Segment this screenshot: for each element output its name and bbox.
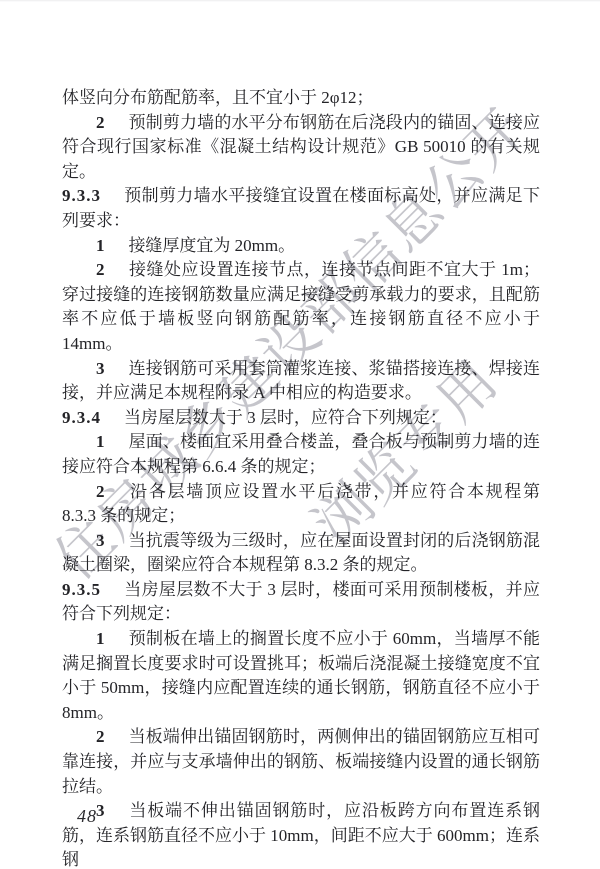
paragraph-text: 当房屋层数大于 3 层时，应符合下列规定：: [124, 408, 447, 427]
item-number: 2: [96, 727, 106, 746]
paragraph-text: 预制剪力墙的水平分布钢筋在后浇段内的锚固、连接应符合现行国家标准《混凝土结构设计…: [62, 113, 540, 181]
paragraph-text: 预制剪力墙水平接缝宜设置在楼面标高处，并应满足下列要求：: [62, 186, 540, 230]
paragraph-text: 当板端不伸出锚固钢筋时，应沿板跨方向布置连系钢筋，连系钢筋直径不应小于 10mm…: [62, 801, 540, 869]
clause-paragraph: 9.3.3预制剪力墙水平接缝宜设置在楼面标高处，并应满足下列要求：: [62, 184, 540, 233]
item-paragraph: 2当板端伸出锚固钢筋时，两侧伸出的锚固钢筋应互相可靠连接，并应与支承墙伸出的钢筋…: [62, 725, 540, 799]
item-paragraph: 3当抗震等级为三级时，应在屋面设置封闭的后浇钢筋混凝土圈梁，圈梁应符合本规程第 …: [62, 529, 540, 578]
paragraph-text: 接缝厚度宜为 20mm。: [128, 236, 295, 255]
paragraph-text: 当抗震等级为三级时，应在屋面设置封闭的后浇钢筋混凝土圈梁，圈梁应符合本规程第 8…: [62, 531, 540, 575]
item-number: 1: [96, 629, 106, 648]
item-paragraph: 1接缝厚度宜为 20mm。: [62, 234, 540, 259]
paragraph-text: 屋面、楼面宜采用叠合楼盖，叠合板与预制剪力墙的连接应符合本规程第 6.6.4 条…: [62, 432, 540, 476]
item-paragraph: 1屋面、楼面宜采用叠合楼盖，叠合板与预制剪力墙的连接应符合本规程第 6.6.4 …: [62, 430, 540, 479]
item-paragraph: 3连接钢筋可采用套筒灌浆连接、浆锚搭接连接、焊接连接，并应满足本规程附录 A 中…: [62, 357, 540, 406]
item-paragraph: 1预制板在墙上的搁置长度不应小于 60mm，当墙厚不能满足搁置长度要求时可设置挑…: [62, 627, 540, 725]
item-number: 1: [96, 432, 106, 451]
continuation-paragraph: 体竖向分布筋配筋率，且不宜小于 2φ12；: [62, 86, 540, 111]
clause-number: 9.3.3: [62, 186, 101, 205]
item-number: 1: [96, 236, 106, 255]
paragraph-text: 当房屋层数不大于 3 层时，楼面可采用预制楼板，并应符合下列规定：: [62, 580, 540, 624]
clause-number: 9.3.4: [62, 408, 101, 427]
paragraph-text: 当板端伸出锚固钢筋时，两侧伸出的锚固钢筋应互相可靠连接，并应与支承墙伸出的钢筋、…: [62, 727, 540, 795]
item-number: 3: [96, 801, 106, 820]
clause-number: 9.3.5: [62, 580, 101, 599]
paragraph-text: 沿各层墙顶应设置水平后浇带，并应符合本规程第 8.3.3 条的规定；: [62, 482, 540, 526]
item-paragraph: 2预制剪力墙的水平分布钢筋在后浇段内的锚固、连接应符合现行国家标准《混凝土结构设…: [62, 111, 540, 185]
body-text: 体竖向分布筋配筋率，且不宜小于 2φ12；2预制剪力墙的水平分布钢筋在后浇段内的…: [62, 86, 540, 869]
item-number: 3: [96, 359, 106, 378]
document-page: 住房城乡建设部信息公开浏览专用 体竖向分布筋配筋率，且不宜小于 2φ12；2预制…: [0, 0, 600, 869]
item-number: 3: [96, 531, 106, 550]
item-number: 2: [96, 260, 106, 279]
item-paragraph: 3当板端不伸出锚固钢筋时，应沿板跨方向布置连系钢筋，连系钢筋直径不应小于 10m…: [62, 799, 540, 869]
item-paragraph: 2沿各层墙顶应设置水平后浇带，并应符合本规程第 8.3.3 条的规定；: [62, 480, 540, 529]
paragraph-text: 预制板在墙上的搁置长度不应小于 60mm，当墙厚不能满足搁置长度要求时可设置挑耳…: [62, 629, 540, 722]
item-number: 2: [96, 482, 106, 501]
page-number: 48: [77, 806, 97, 827]
paragraph-text: 接缝处应设置连接节点，连接节点间距不宜大于 1m；穿过接缝的连接钢筋数量应满足接…: [62, 260, 540, 353]
scan-edge-shadow: [0, 0, 600, 2]
paragraph-text: 连接钢筋可采用套筒灌浆连接、浆锚搭接连接、焊接连接，并应满足本规程附录 A 中相…: [62, 359, 540, 403]
clause-paragraph: 9.3.4当房屋层数大于 3 层时，应符合下列规定：: [62, 406, 540, 431]
item-number: 2: [96, 113, 106, 132]
clause-paragraph: 9.3.5当房屋层数不大于 3 层时，楼面可采用预制楼板，并应符合下列规定：: [62, 578, 540, 627]
item-paragraph: 2接缝处应设置连接节点，连接节点间距不宜大于 1m；穿过接缝的连接钢筋数量应满足…: [62, 258, 540, 356]
paragraph-text: 体竖向分布筋配筋率，且不宜小于 2φ12；: [62, 88, 374, 107]
